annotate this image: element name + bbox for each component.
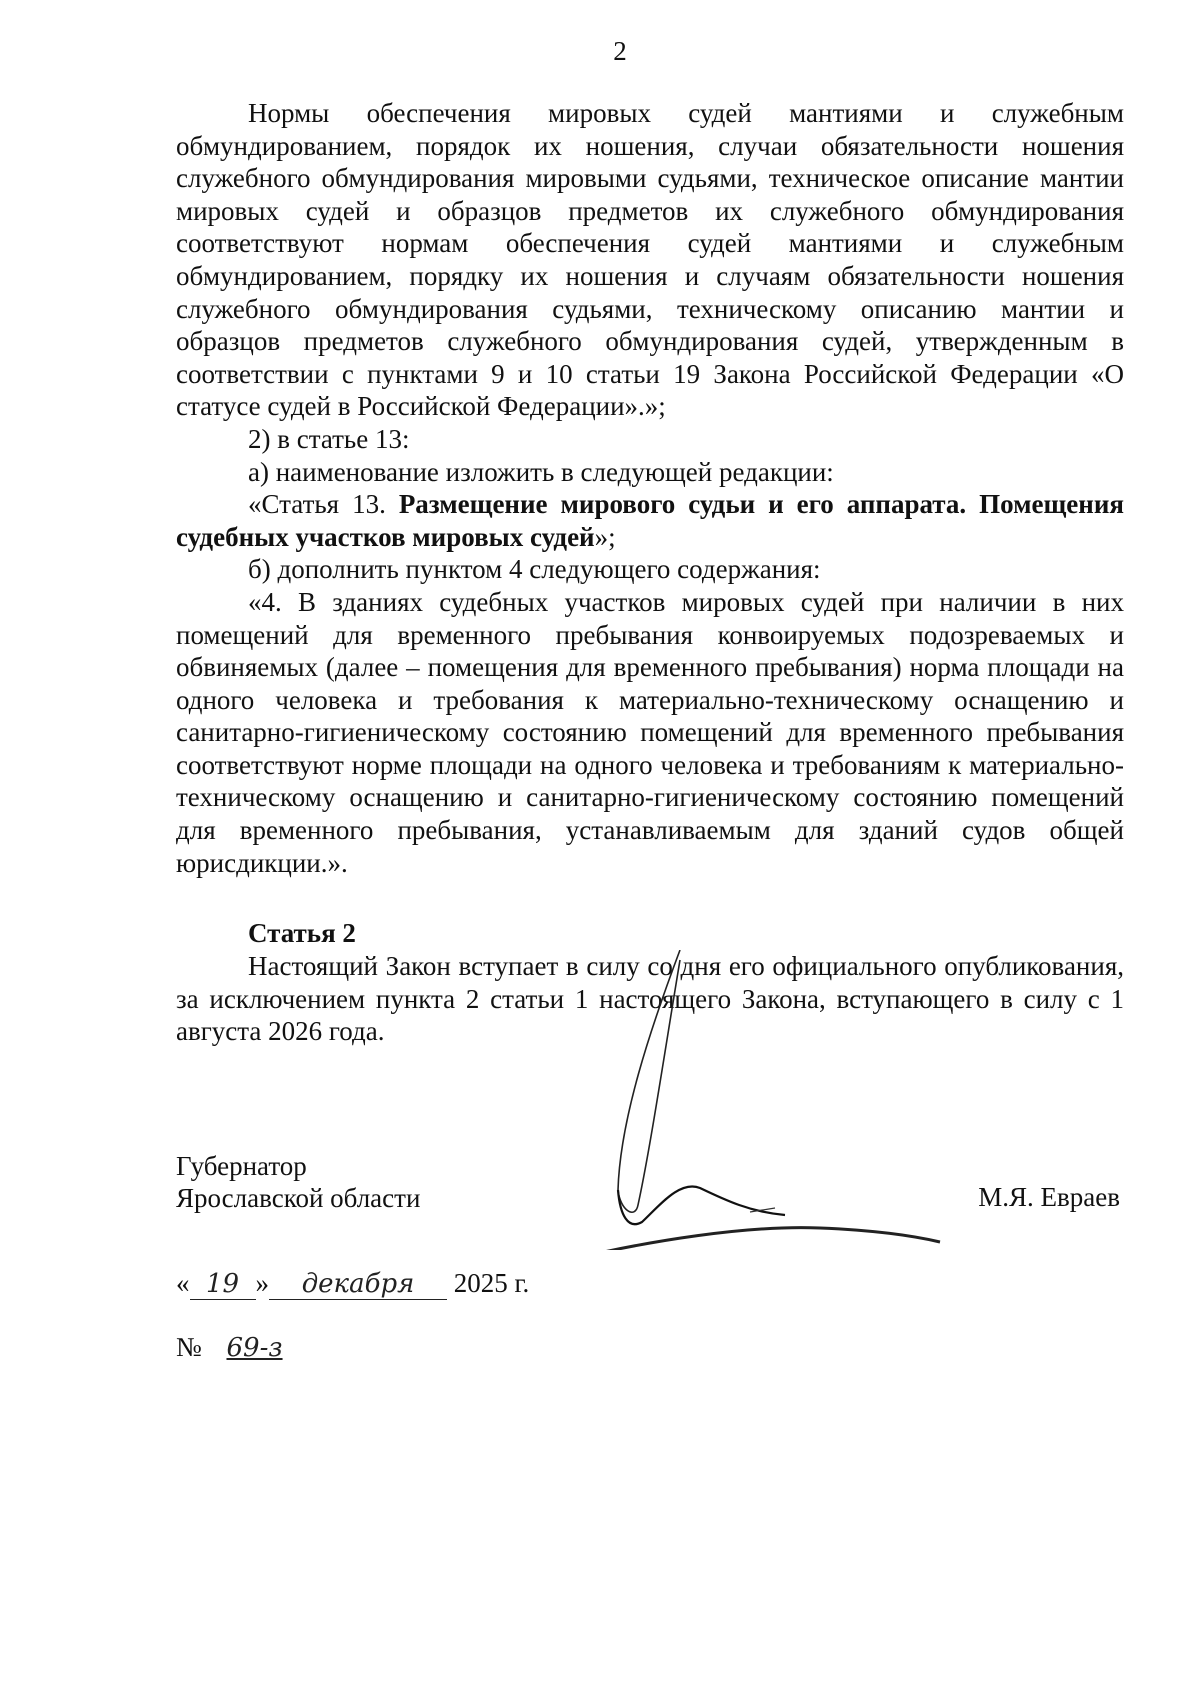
section-1-text: Нормы обеспечения мировых судей мантиями… [176, 97, 1124, 879]
article-13-suffix: »; [595, 522, 616, 552]
article-2-heading: Статья 2 [248, 918, 356, 949]
signer-title: Губернатор Ярославской области [176, 1150, 420, 1214]
article-13-title: «Статья 13. Размещение мирового судьи и … [176, 488, 1124, 553]
law-number-value: 69-з [209, 1333, 301, 1363]
date-open-quote: « [176, 1268, 190, 1298]
date-year: 2025 г. [454, 1268, 530, 1298]
page-number: 2 [0, 36, 1200, 67]
article-13-prefix: «Статья 13. [248, 489, 399, 519]
date-month: декабря [269, 1269, 447, 1300]
point-4-text: «4. В зданиях судебных участков мировых … [176, 586, 1124, 879]
signing-date: «19»декабря 2025 г. [176, 1268, 529, 1300]
date-close-quote: » [256, 1268, 270, 1298]
law-number: № 69-з [176, 1332, 301, 1363]
paragraph-uniform-norms: Нормы обеспечения мировых судей мантиями… [176, 97, 1124, 423]
item-2b: б) дополнить пунктом 4 следующего содерж… [176, 553, 1124, 586]
date-day: 19 [190, 1269, 256, 1300]
item-2: 2) в статье 13: [176, 423, 1124, 456]
law-number-prefix: № [176, 1332, 202, 1362]
signer-title-line-2: Ярославской области [176, 1182, 420, 1214]
signer-title-line-1: Губернатор [176, 1150, 420, 1182]
signer-name: М.Я. Евраев [978, 1182, 1120, 1213]
item-2a: а) наименование изложить в следующей ред… [176, 456, 1124, 489]
